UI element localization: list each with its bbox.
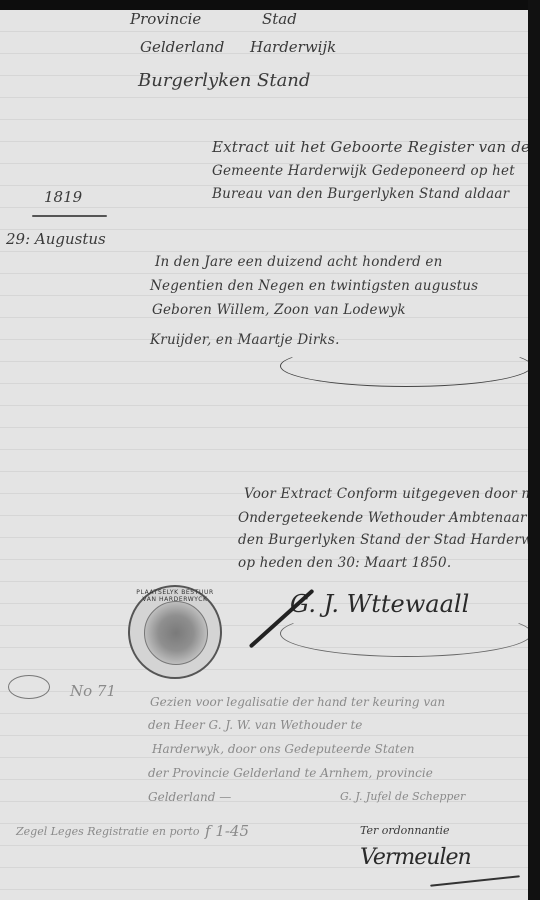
province-label: Provincie <box>130 10 201 28</box>
annotation-line-4: der Provincie Gelderland te Arnhem, prov… <box>148 766 433 780</box>
document-page: Provincie Stad Gelderland Harderwijk Bur… <box>0 10 528 900</box>
certification-line-3: den Burgerlyken Stand der Stad Harderwij… <box>238 532 540 548</box>
registrar-signature: Vermeulen <box>360 845 471 870</box>
entry-line-4: Kruijder, en Maartje Dirks. <box>150 332 340 348</box>
annotation-line-2: den Heer G. J. W. van Wethouder te <box>148 718 362 732</box>
order-label: Ter ordonnantie <box>360 824 450 837</box>
coat-of-arms-icon <box>144 601 208 665</box>
entry-line-3: Geboren Willem, Zoon van Lodewyk <box>152 302 406 318</box>
annotation-line-3: Harderwyk, door ons Gedeputeerde Staten <box>152 742 415 756</box>
annotation-number: No 71 <box>70 682 116 700</box>
intro-line-3: Bureau van den Burgerlyken Stand aldaar <box>212 186 509 202</box>
spiral-flourish <box>8 675 50 699</box>
entry-line-2: Negentien den Negen en twintigsten augus… <box>150 278 478 294</box>
intro-line-2: Gemeente Harderwijk Gedeponeerd op het <box>212 163 515 179</box>
annotation-line-5: Gelderland — <box>148 790 231 804</box>
certification-line-4: op heden den 30: Maart 1850. <box>238 555 451 571</box>
certification-line-1: Voor Extract Conform uitgegeven door my <box>244 486 540 502</box>
fee-amount: f 1-45 <box>205 822 249 840</box>
certification-line-2: Ondergeteekende Wethouder Ambtenaar van <box>238 510 540 526</box>
signature-flourish <box>280 610 532 657</box>
entry-line-1: In den Jare een duizend acht honderd en <box>155 254 443 270</box>
annotation-line-1: Gezien voor legalisatie der hand ter keu… <box>150 695 445 709</box>
municipal-seal: PLAATSELYK BESTUUR VAN HARDERWYCK <box>128 585 222 679</box>
province-name: Gelderland <box>140 38 224 56</box>
intro-line-1: Extract uit het Geboorte Register van de <box>212 138 530 156</box>
city-label: Stad <box>262 10 297 28</box>
margin-date: 29: Augustus <box>6 230 106 248</box>
scan-border <box>528 0 540 900</box>
signature-underline <box>430 875 520 886</box>
city-name: Harderwijk <box>250 38 336 56</box>
margin-divider <box>32 215 107 217</box>
margin-year: 1819 <box>44 188 82 206</box>
civil-registry-title: Burgerlyken Stand <box>138 70 310 91</box>
entry-flourish <box>280 345 532 387</box>
annotation-signatory: G. J. Jufel de Schepper <box>340 790 465 803</box>
fee-label: Zegel Leges Registratie en porto <box>16 825 199 838</box>
